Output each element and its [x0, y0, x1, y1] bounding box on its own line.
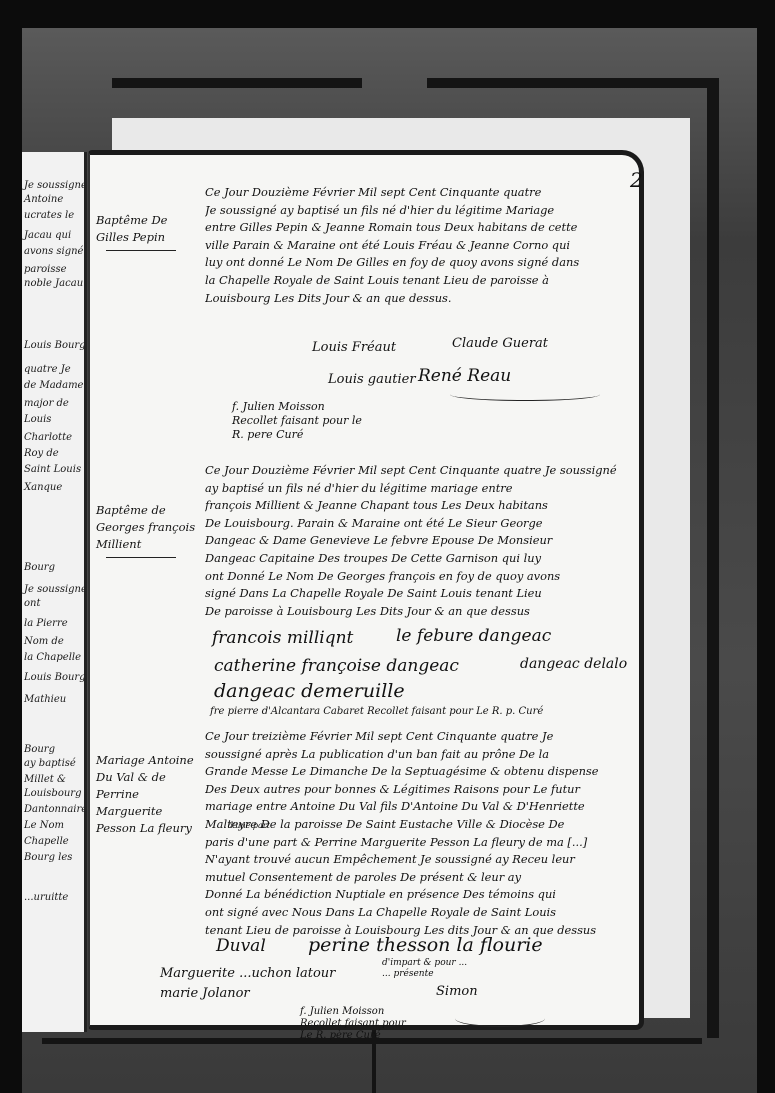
signature: perine thesson la flourie [308, 934, 543, 956]
entry-line: la Chapelle Royale de Saint Louis tenant… [205, 272, 635, 290]
signature: dangeac delalo [520, 656, 627, 672]
entry-baptism-georges-francois-millient: Ce Jour Douzième Février Mil sept Cent C… [205, 462, 635, 620]
left-page-fragment: Je soussigné [24, 180, 87, 191]
entry-line: Je soussigné ay baptisé un fils né d'hie… [205, 202, 635, 220]
left-page-fragment: Xanque [24, 482, 62, 493]
left-page-fragment: ay baptisé [24, 758, 76, 769]
left-page-fragment: ...uruitte [24, 892, 68, 903]
margin-line: Perrine Marguerite [96, 786, 202, 820]
margin-line: Du Val & de [96, 769, 202, 786]
margin-line: Pesson La fleury [96, 820, 202, 837]
left-page-fragment: Dantonnaire [24, 804, 87, 815]
signature-flourish [450, 388, 600, 401]
entry-line: Grande Messe Le Dimanche De la Septuagés… [205, 763, 635, 781]
margin-line: Baptême De [96, 212, 202, 229]
divider [106, 557, 176, 558]
entry-line: mariage entre Antoine Du Val fils D'Anto… [205, 798, 635, 816]
left-page-fragment: Mathieu [24, 694, 66, 705]
entry-line: ville Parain & Maraine ont été Louis Fré… [205, 237, 635, 255]
entry-line: soussigné après La publication d'un ban … [205, 746, 635, 764]
officiant-signature: f. Julien Moisson Recollet faisant pour … [232, 400, 362, 442]
left-page-fragment: Louis [24, 414, 51, 425]
entry-line: signé Dans La Chapelle Royale De Saint L… [205, 585, 635, 603]
left-page-fragment: Bourg les [24, 852, 72, 863]
entry-line: paris d'une part & Perrine Marguerite Pe… [205, 834, 635, 852]
left-page-fragment: Roy de [24, 448, 59, 459]
left-page-fragment: Je soussigné [24, 584, 87, 595]
signature: René Reau [418, 366, 511, 386]
left-page-fragment: Nom de [24, 636, 64, 647]
signature: dangeac demeruille [214, 680, 405, 702]
entry-line: Donné La bénédiction Nuptiale en présenc… [205, 886, 635, 904]
left-page-fragment: Jacau qui [24, 230, 71, 241]
officiant-line: f. Julien Moisson [232, 400, 362, 414]
entry-line: françois Millient & Jeanne Chapant tous … [205, 497, 635, 515]
small-note-line: ... présente [382, 969, 467, 980]
left-page-fragment: Le Nom [24, 820, 64, 831]
entry-line: Dangeac & Dame Genevieve Le febvre Epous… [205, 532, 635, 550]
interlinear-note: d'une part [228, 820, 270, 831]
signature: Claude Guerat [452, 336, 548, 351]
entry-line: Ce Jour Douzième Février Mil sept Cent C… [205, 184, 635, 202]
officiant-line: Recollet faisant pour le [232, 414, 362, 428]
left-page-fragment: Chapelle [24, 836, 69, 847]
left-page-fragment: avons signé [24, 246, 83, 257]
entry-line: N'ayant trouvé aucun Empêchement Je sous… [205, 851, 635, 869]
left-page-fragment: la Chapelle [24, 652, 81, 663]
small-note-line: d'impart & pour ... [382, 958, 467, 969]
entry-line: ay baptisé un fils né d'hier du légitime… [205, 480, 635, 498]
entry-line: De paroisse à Louisbourg Les Dits Jour &… [205, 603, 635, 621]
left-page-fragment: Louisbourg [24, 788, 81, 799]
officiant-line: R. pere Curé [232, 428, 362, 442]
margin-note-marriage-duval: Mariage Antoine Du Val & de Perrine Marg… [96, 752, 202, 837]
signature: le febure dangeac [396, 626, 551, 646]
signature: catherine françoise dangeac [214, 656, 459, 676]
margin-note-baptism-gilles-pepin: Baptême De Gilles Pepin [96, 212, 202, 251]
left-page-fragment: noble Jacau [24, 278, 83, 289]
signature: Duval [216, 936, 266, 956]
left-page-fragment: Charlotte [24, 432, 72, 443]
left-page-fragment: Saint Louis [24, 464, 81, 475]
signature: Marguerite ...uchon latour [160, 966, 335, 981]
entry-baptism-gilles-pepin: Ce Jour Douzième Février Mil sept Cent C… [205, 184, 635, 307]
left-page-fragment: Louis Bourg [24, 340, 86, 351]
board-shadow [112, 78, 362, 88]
officiant-line: Le R. père Curé [300, 1030, 406, 1042]
entry-line: Dangeac Capitaine Des troupes De Cette G… [205, 550, 635, 568]
board-shadow [427, 78, 717, 88]
left-page-fragment: ont [24, 598, 40, 609]
entry-line: Ce Jour treizième Février Mil sept Cent … [205, 728, 635, 746]
margin-line: Millient [96, 536, 202, 553]
officiant-signature: f. Julien Moisson Recollet faisant pour … [300, 1006, 406, 1042]
left-page-fragment: de Madame [24, 380, 83, 391]
entry-line: Louisbourg Les Dits Jour & an que dessus… [205, 290, 635, 308]
entry-line: ont signé avec Nous Dans La Chapelle Roy… [205, 904, 635, 922]
divider [106, 250, 176, 251]
signature: Louis Fréaut [312, 340, 396, 355]
left-page-fragment: major de [24, 398, 69, 409]
entry-line: entre Gilles Pepin & Jeanne Romain tous … [205, 219, 635, 237]
margin-line: Georges françois [96, 519, 202, 536]
left-page-fragment: ucrates le [24, 210, 74, 221]
left-page-fragment: Bourg [24, 744, 55, 755]
left-page-fragment: quatre Je [24, 364, 71, 375]
left-page-fragment: paroisse [24, 264, 67, 275]
margin-note-baptism-georges-francois: Baptême de Georges françois Millient [96, 502, 202, 558]
left-page-edge: Je soussignéAntoineucrates leJacau quiav… [22, 152, 87, 1032]
small-note: d'impart & pour ... ... présente [382, 958, 467, 980]
signature: francois milliqnt [212, 628, 353, 648]
left-page-fragment: Louis Bourg [24, 672, 86, 683]
signature: marie Jolanor [160, 986, 250, 1001]
entry-line: Des Deux autres pour bonnes & Légitimes … [205, 781, 635, 799]
left-page-fragment: Bourg [24, 562, 55, 573]
left-page-fragment: Antoine [24, 194, 63, 205]
entry-line: ont Donné Le Nom De Georges françois en … [205, 568, 635, 586]
signature: Simon [436, 984, 478, 999]
margin-line: Mariage Antoine [96, 752, 202, 769]
officiant-line: f. Julien Moisson [300, 1006, 406, 1018]
signature-flourish [455, 1010, 545, 1027]
margin-line: Gilles Pepin [96, 229, 202, 246]
signature: Louis gautier [328, 372, 416, 387]
entry-line: Ce Jour Douzième Février Mil sept Cent C… [205, 462, 635, 480]
entry-line: luy ont donné Le Nom De Gilles en foy de… [205, 254, 635, 272]
left-page-fragment: Millet & [24, 774, 66, 785]
entry-marriage-duval-pesson: Ce Jour treizième Février Mil sept Cent … [205, 728, 635, 939]
margin-line: Baptême de [96, 502, 202, 519]
officiant-line: Recollet faisant pour [300, 1018, 406, 1030]
entry-line: De Louisbourg. Parain & Maraine ont été … [205, 515, 635, 533]
entry-line: mutuel Consentement de paroles De présen… [205, 869, 635, 887]
left-page-fragment: la Pierre [24, 618, 68, 629]
board-shadow [707, 78, 719, 1038]
officiant-signature: fre pierre d'Alcantara Cabaret Recollet … [210, 706, 543, 717]
